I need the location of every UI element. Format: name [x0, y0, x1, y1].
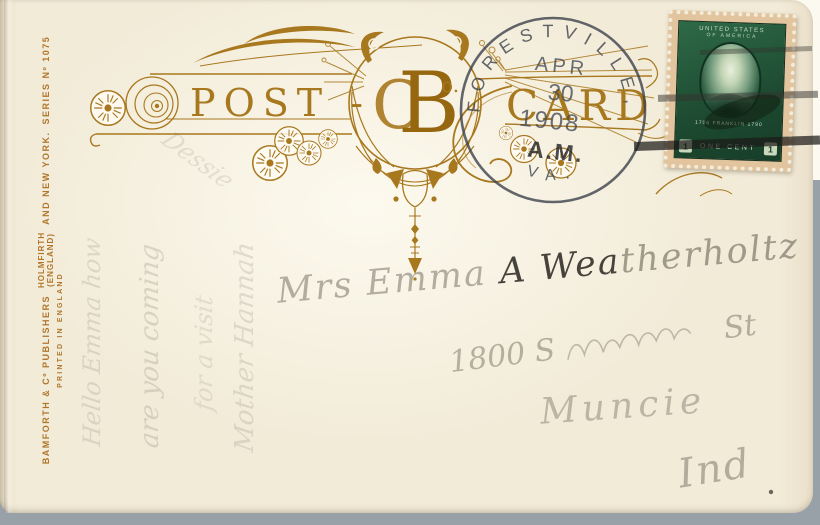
message-line-4: Mother Hannah	[230, 195, 260, 499]
postmark-meridiem: A.M.	[526, 136, 585, 168]
publisher-name: BAMFORTH & Cº PUBLISHERS	[41, 295, 51, 464]
cancellation-marks	[634, 46, 820, 151]
series-number: SERIES Nº 1075	[41, 36, 51, 125]
postmark-year: 1908	[518, 105, 582, 138]
message-line-2: are you coming	[134, 179, 166, 513]
postmark: FORESTVILLE, VA. APR 30 1908 A.M.	[461, 18, 645, 202]
publisher-city: AND NEW YORK.	[41, 132, 51, 225]
postmark-day: 30	[547, 78, 575, 107]
postcard-scan: POST - CARD C B o. UNITED STATES OF AMER…	[0, 0, 820, 525]
postmark-month: APR	[534, 53, 589, 80]
publisher-place: HOLMFIRTH (ENGLAND)	[37, 232, 55, 288]
message-line-1: Hello Emma how	[76, 175, 108, 509]
pencil-dot	[769, 490, 773, 494]
printed-in-england: PRINTED IN ENGLAND	[54, 255, 66, 405]
publisher-imprint: BAMFORTH & Cº PUBLISHERS HOLMFIRTH (ENGL…	[28, 25, 64, 475]
message-line-3: for a visit	[189, 201, 219, 505]
